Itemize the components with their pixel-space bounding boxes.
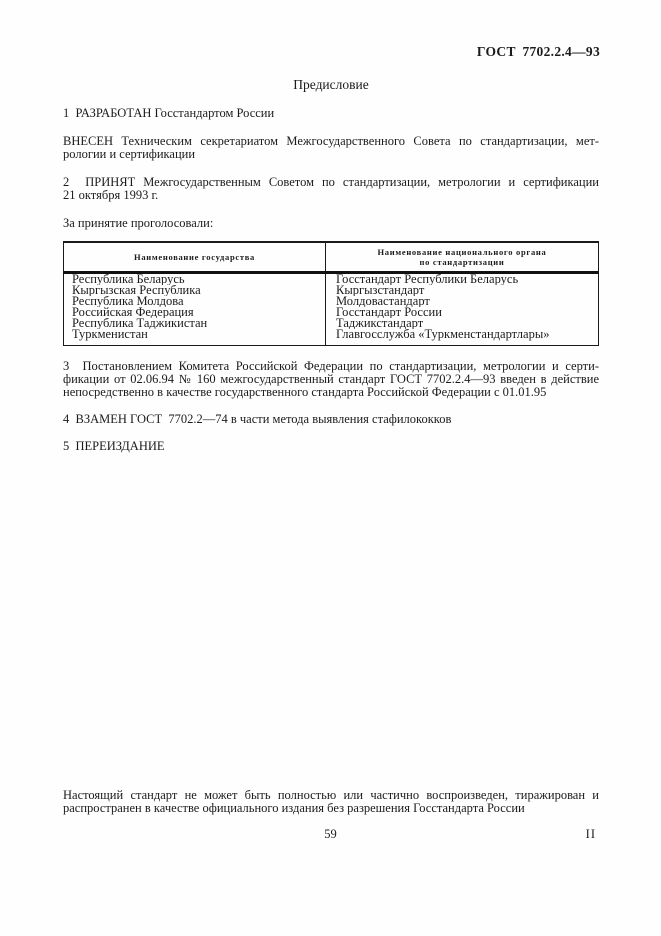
state-cell: Республика Таджикистан xyxy=(64,318,326,329)
column-header-state: Наименование государства xyxy=(64,242,326,273)
page-roman-numeral: II xyxy=(586,827,596,842)
text-line: 1 РАЗРАБОТАН Госстандартом России xyxy=(63,107,599,120)
page-number: 59 xyxy=(0,827,661,842)
state-cell: Туркменистан xyxy=(64,329,326,346)
clauses-after-table: 3 Постановлением Комитета Российской Фед… xyxy=(63,360,599,453)
document-page: ГОСТ 7702.2.4—93 Предисловие 1 РАЗРАБОТА… xyxy=(0,0,661,936)
org-cell: Кыргызстандарт xyxy=(326,285,599,296)
org-cell: Таджикстандарт xyxy=(326,318,599,329)
text-line: 5 ПЕРЕИЗДАНИЕ xyxy=(63,440,599,453)
state-cell: Республика Молдова xyxy=(64,296,326,307)
table-row: Республика Беларусь Госстандарт Республи… xyxy=(64,273,599,286)
table-header-row: Наименование государства Наименование на… xyxy=(64,242,599,273)
clause-submitted: ВНЕСЕН Техническим секретариатом Межгосу… xyxy=(63,135,599,161)
table-row: Российская Федерация Госстандарт России xyxy=(64,307,599,318)
table-row: Кыргызская Республика Кыргызстандарт xyxy=(64,285,599,296)
org-cell: Главгосслужба «Туркменстандартлары» xyxy=(326,329,599,346)
clause-developed: 1 РАЗРАБОТАН Госстандартом России xyxy=(63,107,599,120)
table-row: Республика Молдова Молдовастандарт xyxy=(64,296,599,307)
table-row: Республика Таджикистан Таджикстандарт xyxy=(64,318,599,329)
clause-adopted: 2 ПРИНЯТ Межгосударственным Советом по с… xyxy=(63,176,599,202)
voting-table: Наименование государства Наименование на… xyxy=(63,241,599,346)
text-line: распространен в качестве официального из… xyxy=(63,802,599,815)
clause-reissue: 5 ПЕРЕИЗДАНИЕ xyxy=(63,440,599,453)
clause-voted-intro: За принятие проголосовали: xyxy=(63,217,599,230)
foreword-content: Предисловие 1 РАЗРАБОТАН Госстандартом Р… xyxy=(63,0,599,453)
clause-replaces: 4 ВЗАМЕН ГОСТ 7702.2—74 в части метода в… xyxy=(63,413,599,426)
text-line: непосредственно в качестве государственн… xyxy=(63,386,599,399)
state-cell: Кыргызская Республика xyxy=(64,285,326,296)
org-cell: Госстандарт России xyxy=(326,307,599,318)
copyright-notice: Настоящий стандарт не может быть полност… xyxy=(63,789,599,815)
org-cell: Госстандарт Республики Беларусь xyxy=(326,273,599,286)
page-title: Предисловие xyxy=(63,78,599,92)
text-line: 4 ВЗАМЕН ГОСТ 7702.2—74 в части метода в… xyxy=(63,413,599,426)
text-line: За принятие проголосовали: xyxy=(63,217,599,230)
state-cell: Российская Федерация xyxy=(64,307,326,318)
text-line: рологии и сертификации xyxy=(63,148,599,161)
table-row: Туркменистан Главгосслужба «Туркменстанд… xyxy=(64,329,599,346)
text-line: 21 октября 1993 г. xyxy=(63,189,599,202)
org-cell: Молдовастандарт xyxy=(326,296,599,307)
column-header-org: Наименование национального органа по ста… xyxy=(326,242,599,273)
clause-enacted: 3 Постановлением Комитета Российской Фед… xyxy=(63,360,599,399)
table-body: Республика Беларусь Госстандарт Республи… xyxy=(64,273,599,346)
state-cell: Республика Беларусь xyxy=(64,273,326,286)
